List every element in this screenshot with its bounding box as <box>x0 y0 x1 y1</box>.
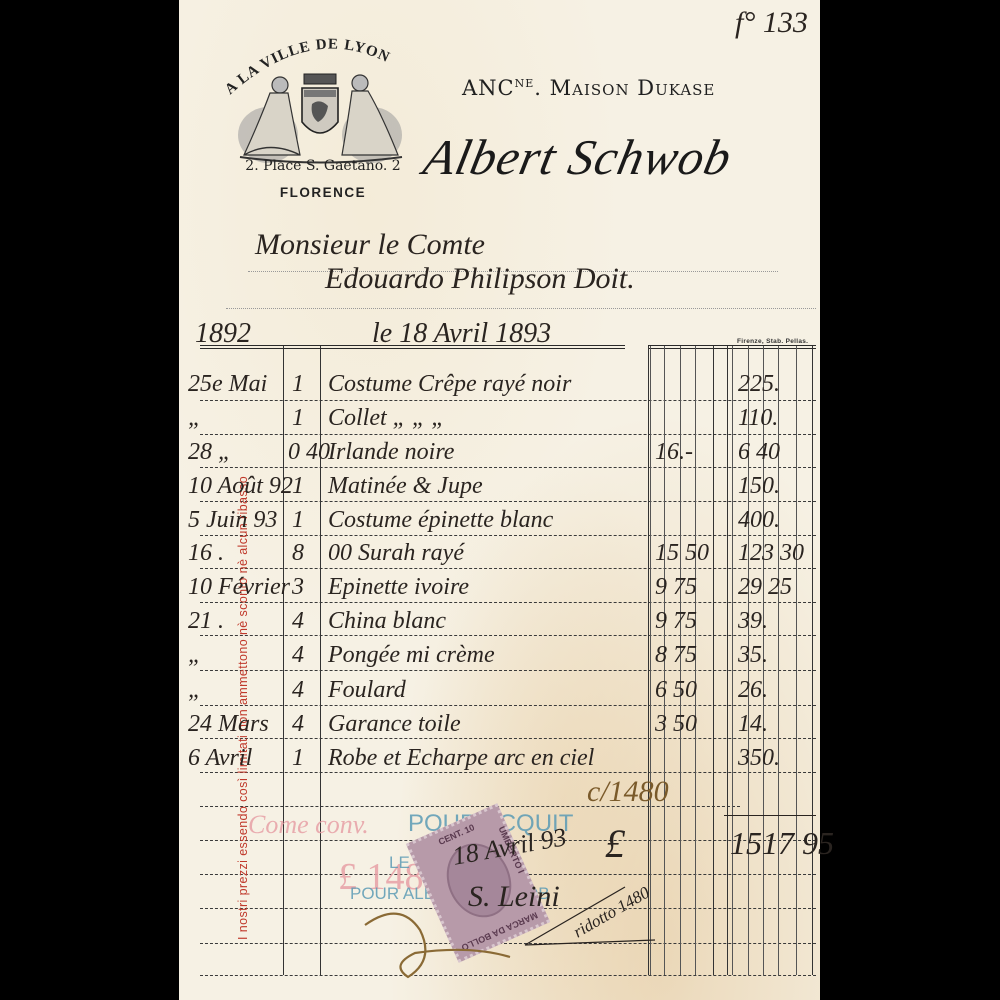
item-date: 10 Février <box>188 575 290 599</box>
header-rule <box>200 345 625 346</box>
item-unit-price: 16.- <box>655 440 693 464</box>
money-column-rule <box>796 346 797 975</box>
row-rule <box>200 434 816 435</box>
item-amount: 26. <box>738 678 768 702</box>
former-house-sup: ne <box>515 77 535 90</box>
item-amount: 6 40 <box>738 440 780 464</box>
pricing-notice: I nostri prezzi essendo così limitati no… <box>236 476 250 940</box>
item-unit-price: 8 75 <box>655 643 697 667</box>
item-date: 5 Juin 93 <box>188 508 277 532</box>
shop-city: FLORENCE <box>228 185 418 200</box>
item-description: Matinée & Jupe <box>328 474 483 498</box>
money-column-rule <box>648 346 649 975</box>
item-description: Costume Crêpe rayé noir <box>328 372 571 396</box>
item-description: Epinette ivoire <box>328 575 469 599</box>
item-date: 24 Mars <box>188 712 269 736</box>
received-note: c/1480 <box>587 775 669 809</box>
item-amount: 35. <box>738 643 768 667</box>
row-rule <box>200 602 816 603</box>
item-date: 10 Août 92 <box>188 474 293 498</box>
item-date: „ <box>188 678 201 702</box>
item-quantity: 4 <box>292 643 304 667</box>
paid-stamp-line-2: LE <box>389 853 410 873</box>
item-quantity: 0 40 <box>288 440 330 464</box>
shop-address: 2. Place S. Gaetano. 2 <box>228 158 418 174</box>
column-rule <box>283 346 284 975</box>
signature-flourish <box>360 905 520 985</box>
item-amount: 39. <box>738 609 768 633</box>
item-date: 6 Avril <box>188 746 252 770</box>
item-description: Costume épinette blanc <box>328 508 553 532</box>
row-rule <box>200 535 816 536</box>
item-quantity: 4 <box>292 712 304 736</box>
item-description: Foulard <box>328 678 406 702</box>
item-unit-price: 3 50 <box>655 712 697 736</box>
item-description: Garance toile <box>328 712 461 736</box>
row-rule <box>200 738 816 739</box>
reduction-stroke <box>515 885 715 955</box>
addressee-rule-2 <box>226 308 816 309</box>
item-date: 16 . <box>188 541 224 565</box>
item-date: „ <box>188 406 201 430</box>
row-rule <box>200 705 816 706</box>
item-quantity: 4 <box>292 678 304 702</box>
proprietor-name: Albert Schwob <box>419 128 737 186</box>
item-unit-price: 15 50 <box>655 541 709 565</box>
item-description: Collet „ „ „ <box>328 406 445 430</box>
row-rule <box>200 501 816 502</box>
row-rule <box>200 467 816 468</box>
item-description: 00 Surah rayé <box>328 541 464 565</box>
item-amount: 14. <box>738 712 768 736</box>
row-rule <box>200 635 816 636</box>
header-rule <box>200 348 625 349</box>
pencil-note: Come conv. <box>248 810 369 840</box>
item-unit-price: 6 50 <box>655 678 697 702</box>
former-house-prefix: Anc <box>462 76 515 100</box>
former-house-name: Ancne. Maison Dukase <box>462 76 715 100</box>
item-amount: 29 25 <box>738 575 792 599</box>
money-column-rule <box>650 346 651 975</box>
item-date: 28 „ <box>188 440 231 464</box>
item-amount: 110. <box>738 406 778 430</box>
coat-of-arms-engraving <box>230 60 410 170</box>
item-description: Irlande noire <box>328 440 454 464</box>
item-description: China blanc <box>328 609 446 633</box>
item-amount: 150. <box>738 474 780 498</box>
former-house-label: . Maison Dukase <box>534 76 715 100</box>
row-rule <box>200 772 816 773</box>
item-amount: 350. <box>738 746 780 770</box>
item-amount: 123 30 <box>738 541 804 565</box>
money-column-rule <box>812 346 813 975</box>
item-unit-price: 9 75 <box>655 575 697 599</box>
item-quantity: 1 <box>292 474 304 498</box>
total-rule <box>724 815 816 816</box>
item-unit-price: 9 75 <box>655 609 697 633</box>
folio-number: f° 133 <box>735 6 808 40</box>
item-quantity: 1 <box>292 508 304 532</box>
printer-credit: Firenze, Stab. Pellas. <box>737 338 808 345</box>
item-date: „ <box>188 643 201 667</box>
addressee-line-1: Monsieur le Comte <box>255 228 485 262</box>
money-column-rule <box>727 346 728 975</box>
item-quantity: 1 <box>292 406 304 430</box>
row-rule <box>200 400 816 401</box>
addressee-line-2: Edouardo Philipson Doit. <box>325 262 635 296</box>
item-quantity: 1 <box>292 746 304 770</box>
item-description: Pongée mi crème <box>328 643 495 667</box>
money-column-rule <box>732 346 733 975</box>
item-quantity: 8 <box>292 541 304 565</box>
invoice-total: 1517 95 <box>730 825 834 862</box>
item-quantity: 1 <box>292 372 304 396</box>
item-date: 21 . <box>188 609 224 633</box>
item-description: Robe et Echarpe arc en ciel <box>328 746 594 770</box>
item-amount: 225. <box>738 372 780 396</box>
item-amount: 400. <box>738 508 780 532</box>
item-date: 25e Mai <box>188 372 267 396</box>
row-rule <box>200 568 816 569</box>
money-column-rule <box>713 346 714 975</box>
lira-symbol: £ <box>605 820 625 867</box>
item-quantity: 4 <box>292 609 304 633</box>
item-quantity: 3 <box>292 575 304 599</box>
row-rule <box>200 670 816 671</box>
